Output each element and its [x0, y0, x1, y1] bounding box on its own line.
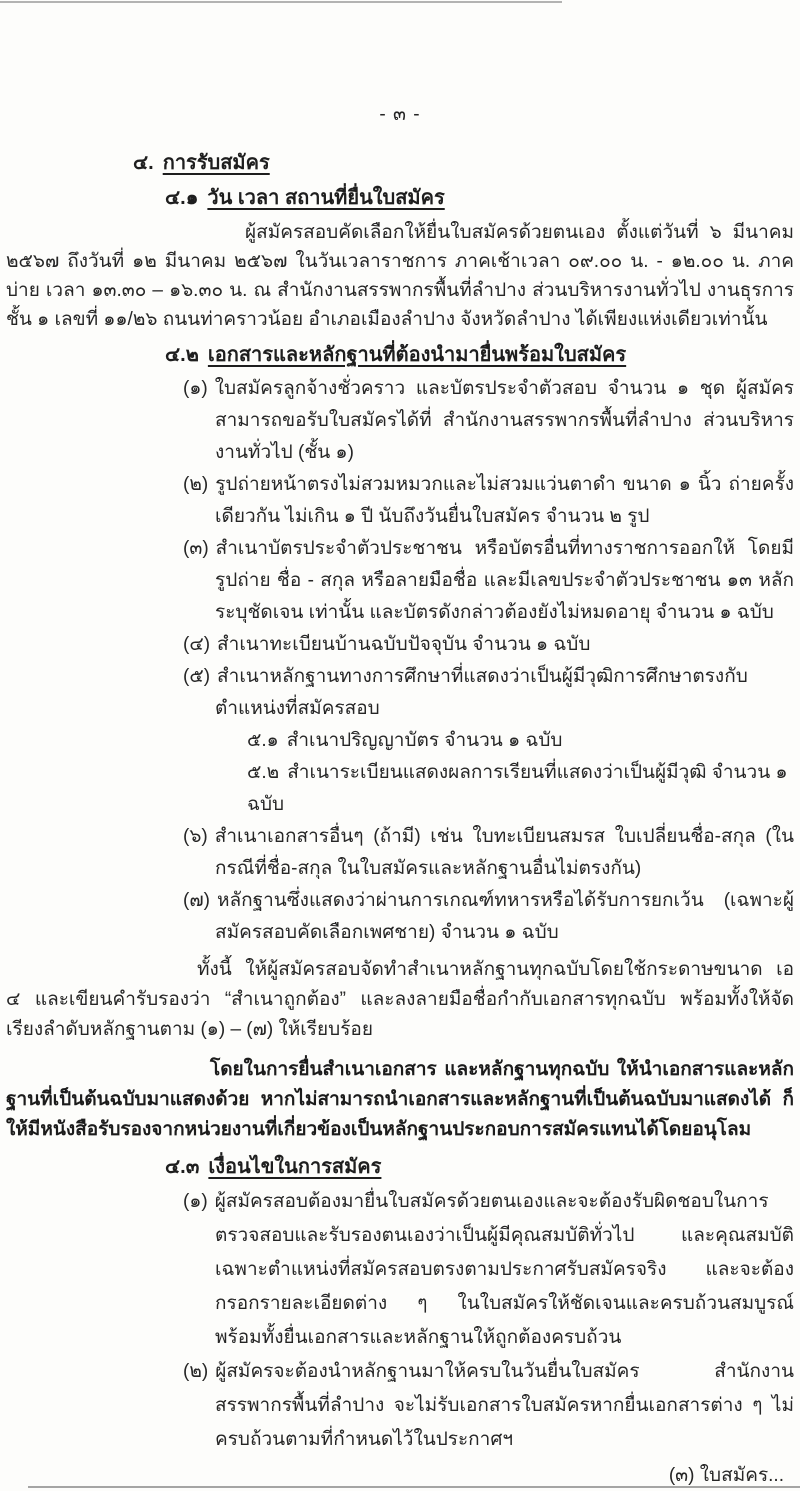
section-4-3-heading: ๔.๓เงื่อนไขในการสมัคร	[165, 1153, 794, 1181]
section-4-3-number: ๔.๓	[165, 1156, 199, 1178]
document-content: - ๓ - ๔.การรับสมัคร ๔.๑วัน เวลา สถานที่ย…	[0, 0, 800, 1491]
item-text: ใบสมัครลูกจ้างชั่วคราว และบัตรประจำตัวสอ…	[215, 378, 794, 463]
item-marker: (๑)	[183, 378, 208, 399]
section-4-title: การรับสมัคร	[163, 152, 270, 174]
list-item: (๓)สำเนาบัตรประจำตัวประชาชน หรือบัตรอื่น…	[6, 533, 794, 629]
item-text: ผู้สมัครสอบต้องมายื่นใบสมัครด้วยตนเองและ…	[215, 1191, 794, 1348]
item-marker: ๕.๑	[247, 730, 279, 751]
section-4-1-number: ๔.๑	[165, 187, 198, 209]
section-4-1-heading: ๔.๑วัน เวลา สถานที่ยื่นใบสมัคร	[165, 184, 794, 212]
original-documents-notice: โดยในการยื่นสำเนาเอกสาร และหลักฐานทุกฉบั…	[6, 1055, 794, 1145]
page-continuation-marker: (๓) ใบสมัคร...	[6, 1461, 794, 1491]
item-marker: (๒)	[183, 474, 208, 495]
item-text: สำเนาหลักฐานทางการศึกษาที่แสดงว่าเป็นผู้…	[215, 666, 748, 719]
item-marker: (๓)	[183, 538, 209, 559]
item-marker: (๖)	[183, 826, 208, 847]
item-marker: (๗)	[183, 890, 210, 911]
section-4-heading: ๔.การรับสมัคร	[133, 149, 794, 177]
section-4-1-title: วัน เวลา สถานที่ยื่นใบสมัคร	[207, 187, 444, 209]
item-text: สำเนาทะเบียนบ้านฉบับปัจจุบัน จำนวน ๑ ฉบั…	[217, 634, 590, 655]
list-item: (๑)ใบสมัครลูกจ้างชั่วคราว และบัตรประจำตั…	[6, 373, 794, 469]
list-item: (๗)หลักฐานซึ่งแสดงว่าผ่านการเกณฑ์ทหารหรื…	[6, 885, 794, 949]
sub-list-item: ๕.๑สำเนาปริญญาบัตร จำนวน ๑ ฉบับ	[6, 725, 794, 757]
page-number: - ๓ -	[6, 103, 794, 127]
section-4-2-number: ๔.๒	[165, 344, 199, 366]
item-text: สำเนาเอกสารอื่นๆ (ถ้ามี) เช่น ใบทะเบียนส…	[215, 826, 794, 879]
item-marker: (๑)	[183, 1191, 208, 1212]
list-item: (๕)สำเนาหลักฐานทางการศึกษาที่แสดงว่าเป็น…	[6, 661, 794, 725]
section-4-2-heading: ๔.๒เอกสารและหลักฐานที่ต้องนำมายื่นพร้อมใ…	[165, 341, 794, 369]
item-marker: (๕)	[183, 666, 210, 687]
section-4-3-title: เงื่อนไขในการสมัคร	[208, 1156, 381, 1178]
item-marker: (๔)	[183, 634, 210, 655]
item-text: สำเนาระเบียนแสดงผลการเรียนที่แสดงว่าเป็น…	[247, 762, 788, 815]
item-text: สำเนาปริญญาบัตร จำนวน ๑ ฉบับ	[287, 730, 563, 751]
documents-required-list: (๑)ใบสมัครลูกจ้างชั่วคราว และบัตรประจำตั…	[6, 373, 794, 949]
list-item: (๔)สำเนาทะเบียนบ้านฉบับปัจจุบัน จำนวน ๑ …	[6, 629, 794, 661]
application-conditions-list: (๑)ผู้สมัครสอบต้องมายื่นใบสมัครด้วยตนเอง…	[6, 1185, 794, 1457]
section-4-number: ๔.	[133, 152, 154, 174]
item-marker: ๕.๒	[247, 762, 279, 783]
list-item: (๒)รูปถ่ายหน้าตรงไม่สวมหมวกและไม่สวมแว่น…	[6, 469, 794, 533]
item-text: ผู้สมัครจะต้องนำหลักฐานมาให้ครบในวันยื่น…	[215, 1361, 794, 1450]
item-text: สำเนาบัตรประจำตัวประชาชน หรือบัตรอื่นที่…	[215, 538, 794, 623]
sub-list-item: ๕.๒สำเนาระเบียนแสดงผลการเรียนที่แสดงว่าเ…	[6, 757, 794, 821]
item-marker: (๒)	[183, 1361, 208, 1382]
list-item: (๒)ผู้สมัครจะต้องนำหลักฐานมาให้ครบในวันย…	[6, 1355, 794, 1457]
list-item: (๑)ผู้สมัครสอบต้องมายื่นใบสมัครด้วยตนเอง…	[6, 1185, 794, 1355]
item-text: หลักฐานซึ่งแสดงว่าผ่านการเกณฑ์ทหารหรือได…	[215, 890, 794, 943]
section-4-1-paragraph: ผู้สมัครสอบคัดเลือกให้ยื่นใบสมัครด้วยตนเ…	[6, 218, 794, 334]
scanned-document-page: - ๓ - ๔.การรับสมัคร ๔.๑วัน เวลา สถานที่ย…	[0, 0, 800, 1491]
section-4-2-title: เอกสารและหลักฐานที่ต้องนำมายื่นพร้อมใบสม…	[208, 344, 626, 366]
item-text: รูปถ่ายหน้าตรงไม่สวมหมวกและไม่สวมแว่นตาด…	[215, 474, 794, 527]
copy-certification-note: ทั้งนี้ ให้ผู้สมัครสอบจัดทำสำเนาหลักฐานท…	[6, 955, 794, 1045]
list-item: (๖)สำเนาเอกสารอื่นๆ (ถ้ามี) เช่น ใบทะเบี…	[6, 821, 794, 885]
